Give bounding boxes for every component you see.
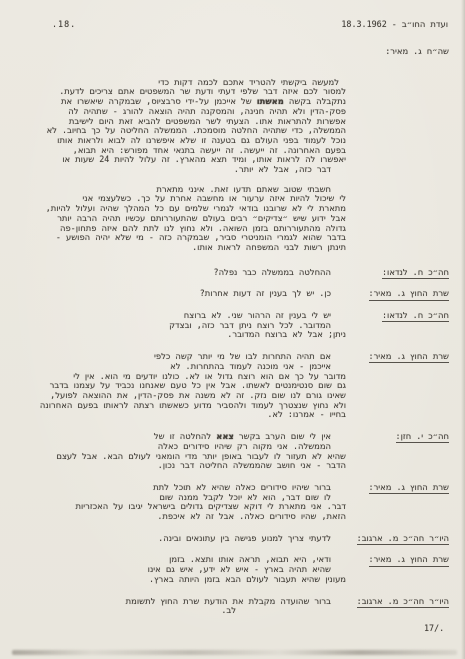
line-text: דבר. אני מתארת לי דוקא שצדיקים גדולים בי…: [75, 501, 346, 511]
line-text: ולא נחוץ שנצטרך לעמוד ולהסביר מדוע כשאשת…: [40, 400, 346, 410]
transcript-line: הדבר - אני חושב שהממשלה החליטה דבר נכון.: [16, 461, 346, 471]
speaker-label: שרת החוץ ג. מאיר:: [369, 352, 449, 363]
overstruck-text: צאא: [216, 431, 234, 441]
transcript-line: ברור שהועדה מקבלת את הודעת שרת החוץ לתשו…: [16, 597, 331, 607]
speaker-label: שרת החוץ ג. מאיר:: [369, 483, 449, 494]
transcript-line: כן. יש לך בענין זה דעות אחרות?: [16, 289, 331, 299]
line-text: נתקבלה בקשה: [284, 96, 346, 106]
transcript-line: תינתן רשות לבני המשפחה לראות אותו.: [16, 243, 346, 253]
dialogue-entry: היו״ר חה״כ מ. ארגוב:ברור שהועדה מקבלת את…: [16, 597, 449, 616]
speaker-label: שרת החוץ ג. מאיר:: [369, 289, 449, 300]
opening-speaker-label: שה״ח ג. מאיר:: [16, 47, 449, 57]
line-text: חשבתי שטוב שאתם תדעו זאת. אינני מתארת: [156, 184, 331, 194]
line-text: שהיא תהיה בארץ - איש לא ידע, איש גם אינו: [148, 564, 331, 574]
overstruck-text: מאשתו: [257, 96, 284, 106]
line-text: אין לי שום הערב בקשר: [234, 431, 331, 441]
speaker-label: חה״כ ח. לנדאו:: [382, 268, 449, 279]
line-text: נוכל לעמוד בפני העולם גם בטענה זו שלא אי…: [57, 135, 346, 145]
line-text: אם תהיה התחרות לבו של מי יותר קשה כלפי: [154, 351, 331, 361]
line-text: יש לי בענין זה הרהור שני. לא ברוצח: [184, 310, 331, 320]
line-text: פסק-הדין ולא תהיה חנינה, והמסקנה תהיה הו…: [68, 106, 346, 116]
line-text: לדעתי צריך למנוע פגישה בין עתונאים ובינה…: [158, 533, 331, 543]
line-text: המדובר. לכל רוצח ניתן דבר כזה, ובצדק: [169, 320, 331, 330]
line-text: ניתן; אבל לא ברוצח המדובר.: [227, 329, 346, 339]
line-text: להחלטה זו של: [154, 431, 216, 441]
line-text: ודאי, היא תבוא, תראה אותו ותצא. בזמן: [169, 554, 331, 564]
speaker-label: היו״ר חה״כ מ. ארגוב:: [357, 597, 449, 608]
dialogue-entry: שרת החוץ ג. מאיר:כן. יש לך בענין זה דעות…: [16, 289, 449, 299]
line-text: בחייו - אמרנו: לא.: [267, 409, 346, 419]
transcript-line: מעונין שהיא תעבור לעולם הבא בזמן היותה ב…: [16, 575, 346, 585]
page-bottom-edge-shadow: [12, 650, 457, 655]
speaker-label: חה״כ י. חזן:: [396, 432, 449, 443]
speech-paragraph: למעשה ביקשתי להטריד אתכם לכמה דקות כדילמ…: [16, 78, 449, 175]
line-text: ההחלטה בממשלה כבר נפלה?: [214, 267, 331, 277]
line-text: יאפשרו לה לראות אותו, ומיד תצא מהארץ. זה…: [62, 154, 346, 164]
dialogue-entry: שרת החוץ ג. מאיר:ודאי, היא תבוא, תראה או…: [16, 555, 449, 584]
line-text: הממשלה. אני מקוה רק שיהיו סידורים כאלה: [158, 441, 331, 451]
page-number: .18.: [52, 20, 76, 30]
speaker-label: היו״ר חה״כ מ. ארגוב:: [357, 534, 449, 545]
line-text: למסור לכם איזה דבר שלפי דעתי ודעת שר המש…: [59, 86, 346, 96]
line-text: גם שום סנטימנטים לאשתו. אבל אין כל טעם ש…: [50, 380, 346, 390]
footer-page-ref: 17/.: [424, 624, 449, 634]
dialogue-entry: חה״כ י. חזן:אין לי שום הערב בקשר צאא להח…: [16, 432, 449, 471]
line-text: תינתן רשות לבני המשפחה לראות אותו.: [192, 242, 346, 252]
dialogue-entry: שרת החוץ ג. מאיר:אם תהיה התחרות לבו של מ…: [16, 352, 449, 420]
line-text: אבל ידוע שיש ״צדיקים״ רבים בעולם שהתעורר…: [57, 213, 346, 223]
line-text: של אייכמן על-ידי סרבציוס, שבמקרה שיאשרו …: [61, 96, 257, 106]
line-text: הזאת, שהיו סידורים כאלה. אבל זה לא איכפת…: [157, 511, 346, 521]
dialogue-entry: היו״ר חה״כ מ. ארגוב:לדעתי צריך למנוע פגי…: [16, 534, 449, 544]
line-text: מדובר על כך אם הוא רוצח גדול או לא. כולנ…: [73, 371, 346, 381]
transcript-line: ניתן; אבל לא ברוצח המדובר.: [16, 330, 346, 340]
speaker-label: חה״כ ח. לנדאו:: [382, 311, 449, 322]
transcript-line: הזאת, שהיו סידורים כאלה. אבל זה לא איכפת…: [16, 512, 346, 522]
transcript-line: ההחלטה בממשלה כבר נפלה?: [16, 268, 331, 278]
dialogue-entry: שרת החוץ ג. מאיר:ברור שיהיו סידורים כאלה…: [16, 483, 449, 522]
line-text: לו שום דבר, הוא לא יוכל לקבל ממנה שום: [159, 492, 331, 502]
line-text: שהיא לא תעזור לו לעבור באופן יותר מדי הו…: [56, 451, 346, 461]
transcript-line: בחייו - אמרנו: לא.: [16, 410, 346, 420]
line-text: בפעם האחרונה. זה ייעשה. זה ייעשה בתנאי א…: [73, 145, 346, 155]
line-text: ברור שהועדה מקבלת את הודעת שרת החוץ לתשו…: [126, 596, 331, 606]
line-text: ברור שיהיו סידורים כאלה שהיא לא תוכל לתת: [153, 482, 331, 492]
speech-paragraph: חשבתי שטוב שאתם תדעו זאת. אינני מתארתלי …: [16, 185, 449, 253]
line-text: שאינו גורם לנו שום נזק. זה לא משנה את פס…: [50, 390, 346, 400]
transcript-line: לב.: [16, 606, 236, 616]
line-text: לב.: [221, 605, 236, 615]
line-text: למעשה ביקשתי להטריד אתכם לכמה דקות כדי: [158, 77, 339, 87]
line-text: מעונין שהיא תעבור לעולם הבא בזמן היותה ב…: [149, 574, 346, 584]
scanned-protocol-page: .18. ועדת החו״ב - 18.3.1962 שה״ח ג. מאיר…: [0, 0, 465, 659]
line-text: גדולה מהתעוררותם בזמן השואה. ולא נחוץ לנ…: [60, 223, 346, 233]
line-text: לי שיכול להיות איזה ערעור או מחשבה אחרת …: [82, 193, 346, 203]
line-text: בדבר שהוא לגמרי הומניטרי סביר, שבמקרה כז…: [56, 232, 346, 242]
line-text: מתארת לי לא שרובנו בודאי לגמרי שלמים עם …: [46, 203, 346, 213]
speaker-label: שרת החוץ ג. מאיר:: [369, 555, 449, 566]
committee-date-title: ועדת החו״ב - 18.3.1962: [341, 20, 448, 30]
transcript-line: דבר כזה, אבל לא יותר.: [16, 165, 331, 175]
line-text: כן. יש לך בענין זה דעות אחרות?: [200, 288, 331, 298]
line-text: הממשלה, כדי שתהיה החלטה מוסמכת. הממשלה ה…: [47, 125, 346, 135]
line-text: אייכמן - אני מוכנה לעמוד בהתחרות. לא: [170, 361, 331, 371]
line-text: הדבר - אני חושב שהממשלה החליטה דבר נכון.: [158, 460, 346, 470]
page-right-edge-shadow: [461, 0, 465, 659]
line-text: דבר כזה, אבל לא יותר.: [234, 164, 331, 174]
transcript: למעשה ביקשתי להטריד אתכם לכמה דקות כדילמ…: [16, 78, 449, 616]
dialogue-entry: חה״כ ח. לנדאו:יש לי בענין זה הרהור שני. …: [16, 311, 449, 340]
dialogue-entry: חה״כ ח. לנדאו:ההחלטה בממשלה כבר נפלה?: [16, 268, 449, 278]
page-header: .18. ועדת החו״ב - 18.3.1962: [16, 20, 449, 30]
line-text: אפשרות להתראות אתו. הצעתי לשר המשפטים לה…: [69, 116, 346, 126]
transcript-line: לדעתי צריך למנוע פגישה בין עתונאים ובינה…: [16, 534, 331, 544]
